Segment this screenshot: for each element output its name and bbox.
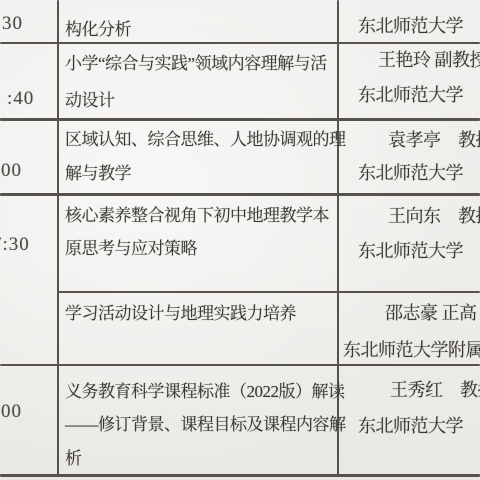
speaker-affiliation: 东北师范大学 bbox=[358, 159, 463, 185]
session-topic-line: 区域认知、综合思维、人地协调观的理 bbox=[65, 125, 346, 150]
speaker-affiliation: 东北师范大学 bbox=[358, 412, 463, 438]
speaker-affiliation: 东北师范大学 bbox=[358, 81, 463, 107]
session-time: 00 bbox=[1, 401, 22, 423]
session-time: 30 bbox=[2, 13, 23, 35]
row-border-5 bbox=[0, 364, 480, 366]
speaker-name: 王向东 教授 bbox=[388, 202, 480, 228]
row-border-1 bbox=[0, 42, 480, 44]
row-border-3 bbox=[0, 193, 480, 196]
session-topic-line: 析 bbox=[65, 444, 82, 469]
speaker-name: 王秀红 教授 bbox=[390, 376, 480, 402]
schedule-photo: 30 构化分析 东北师范大学 :40 小学“综合与实践”领域内容理解与活 动设计… bbox=[0, 0, 480, 480]
session-topic-line: 核心素养整合视角下初中地理教学本 bbox=[65, 201, 329, 226]
session-topic-line: 义务教育科学课程标准（2022版）解读 bbox=[65, 377, 345, 402]
session-topic-line: 动设计 bbox=[65, 86, 115, 111]
schedule-table: 30 构化分析 东北师范大学 :40 小学“综合与实践”领域内容理解与活 动设计… bbox=[0, 0, 480, 480]
speaker-name: 袁孝亭 教授 bbox=[388, 126, 480, 152]
session-time: 00 bbox=[1, 160, 22, 182]
column-divider-topic-speaker bbox=[337, 0, 339, 476]
session-topic-line: 小学“综合与实践”领域内容理解与活 bbox=[65, 49, 327, 74]
table-bottom-border bbox=[0, 474, 480, 477]
row-border-2 bbox=[0, 118, 480, 121]
speaker-affiliation: 东北师范大学附属 bbox=[343, 336, 480, 362]
speaker-affiliation: 东北师范大学 bbox=[358, 237, 463, 263]
speaker-name: 邵志豪 正高 bbox=[385, 299, 477, 325]
session-topic-line: ——修订背景、课程目标及课程内容解 bbox=[65, 410, 346, 435]
session-topic-line: 学习活动设计与地理实践力培养 bbox=[65, 299, 296, 324]
speaker-name: 王艳玲 副教授 bbox=[378, 46, 480, 72]
session-topic-line: 构化分析 bbox=[65, 15, 131, 40]
session-time: :40 bbox=[7, 88, 34, 110]
session-time: 7:30 bbox=[0, 234, 30, 256]
row-border-4-partial bbox=[57, 291, 480, 293]
speaker-affiliation: 东北师范大学 bbox=[358, 12, 463, 38]
session-topic-line: 原思考与应对策略 bbox=[65, 234, 197, 259]
session-topic-line: 解与教学 bbox=[65, 159, 131, 184]
column-divider-time-topic bbox=[57, 0, 59, 476]
